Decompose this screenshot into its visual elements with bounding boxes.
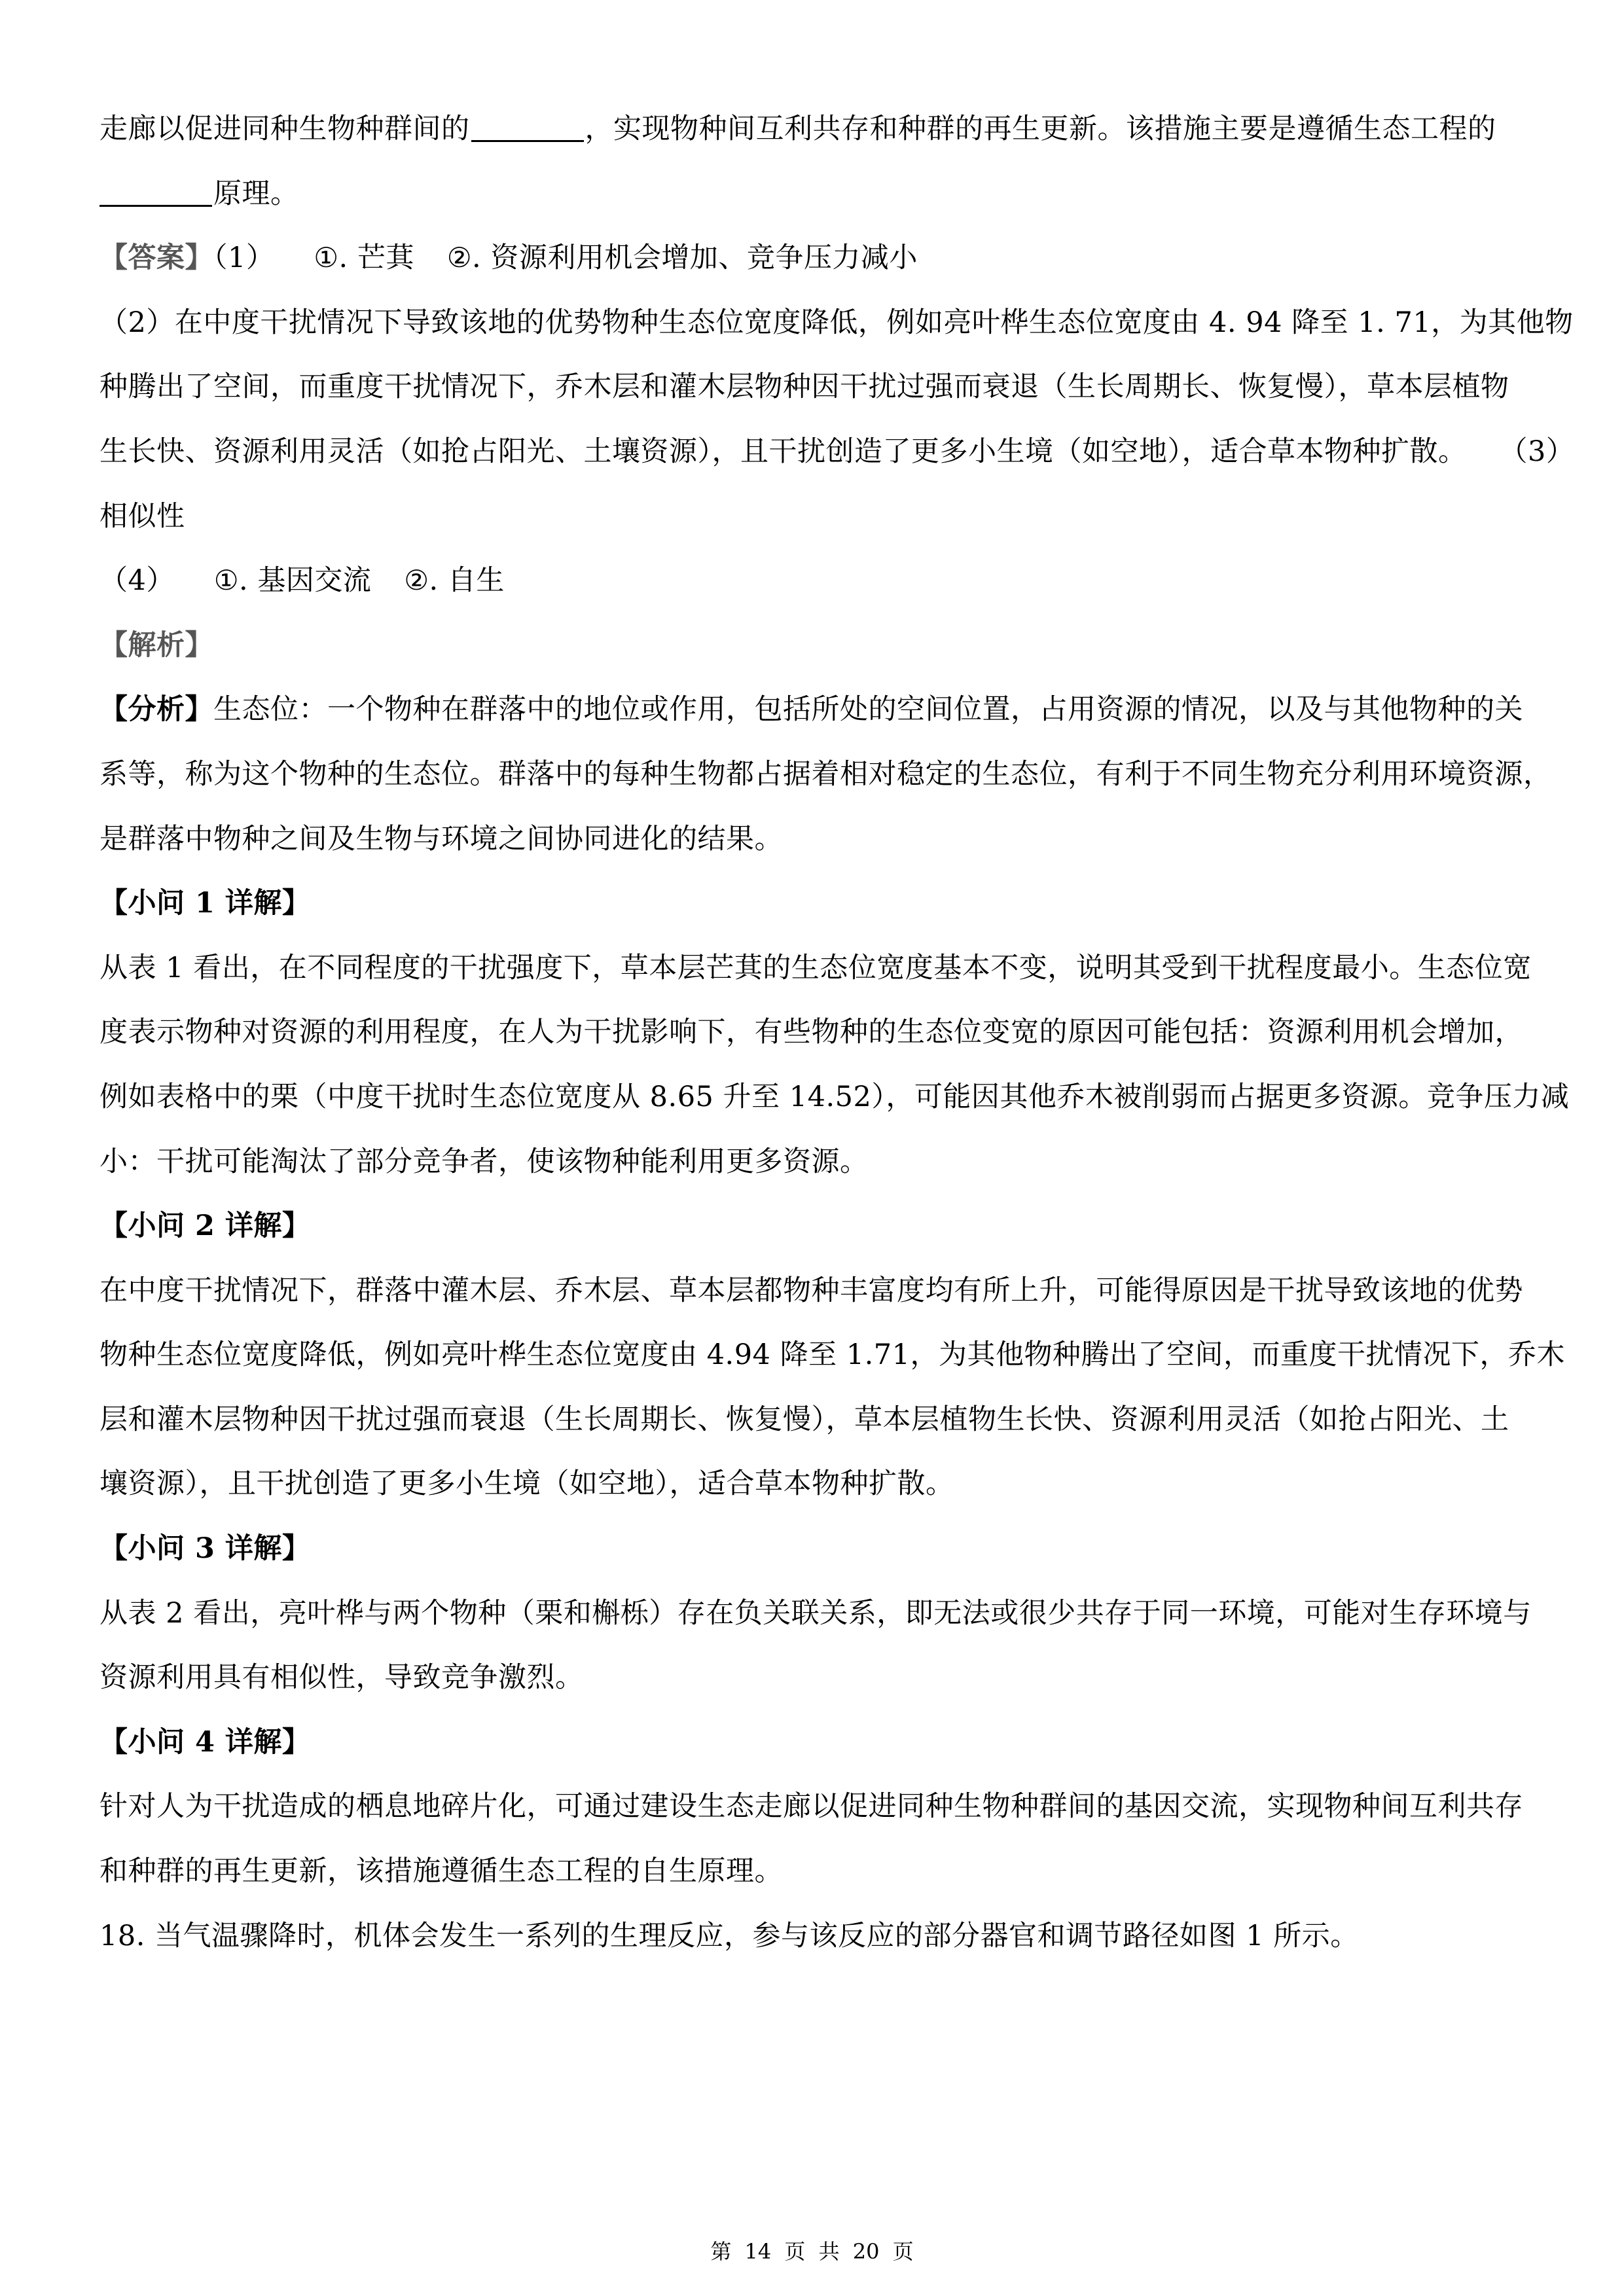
sub2-line: 物种生态位宽度降低，例如亮叶桦生态位宽度由 4.94 降至 1.71，为其他物种… bbox=[99, 1323, 1530, 1388]
sub3-text: 资源利用具有相似性，导致竞争激烈。 bbox=[99, 1661, 584, 1694]
sub4-line: 和种群的再生更新，该措施遵循生态工程的自生原理。 bbox=[99, 1839, 1530, 1904]
sub2-line: 壤资源），且干扰创造了更多小生境（如空地），适合草本物种扩散。 bbox=[99, 1452, 1530, 1516]
analysis-label: 【解析】 bbox=[99, 629, 213, 662]
analysis-heading: 【解析】 bbox=[99, 613, 1530, 678]
sub2-line: 层和灌木层物种因干扰过强而衰退（生长周期长、恢复慢），草本层植物生长快、资源利用… bbox=[99, 1388, 1530, 1452]
document-page: 走廊以促进同种生物种群间的，实现物种间互利共存和种群的再生更新。该措施主要是遵循… bbox=[0, 0, 1624, 2296]
answer-q4-line: （4）①. 基因交流②. 自生 bbox=[99, 548, 1530, 613]
sub3-label: 【小问 3 详解】 bbox=[99, 1532, 310, 1565]
fenxi-line-3: 是群落中物种之间及生物与环境之间协同进化的结果。 bbox=[99, 807, 1530, 872]
answer-q2-text: 生长快、资源利用灵活（如抢占阳光、土壤资源），且干扰创造了更多小生境（如空地），… bbox=[99, 435, 1467, 468]
q18-text: 18. 当气温骤降时，机体会发生一系列的生理反应，参与该反应的部分器官和调节路径… bbox=[99, 1920, 1359, 1952]
circled-two-icon: ② bbox=[404, 564, 429, 596]
answer-q4-item1: . 基因交流 bbox=[239, 564, 371, 597]
sub1-text: 例如表格中的栗（中度干扰时生态位宽度从 8.65 升至 14.52），可能因其他… bbox=[99, 1081, 1569, 1113]
sub3-line: 从表 2 看出，亮叶桦与两个物种（栗和槲栎）存在负关联关系，即无法或很少共存于同… bbox=[99, 1581, 1530, 1646]
fill-blank-1 bbox=[471, 139, 584, 142]
q17-tail-line-1: 走廊以促进同种生物种群间的，实现物种间互利共存和种群的再生更新。该措施主要是遵循… bbox=[99, 97, 1530, 162]
q17-text: 走廊以促进同种生物种群间的 bbox=[99, 113, 470, 145]
fenxi-text: 生态位：一个物种在群落中的地位或作用，包括所处的空间位置，占用资源的情况，以及与… bbox=[213, 693, 1523, 726]
sub3-heading: 【小问 3 详解】 bbox=[99, 1516, 1530, 1581]
sub4-text: 和种群的再生更新，该措施遵循生态工程的自生原理。 bbox=[99, 1855, 783, 1888]
sub2-text: 在中度干扰情况下，群落中灌木层、乔木层、草本层都物种丰富度均有所上升，可能得原因… bbox=[99, 1274, 1523, 1307]
sub3-text: 从表 2 看出，亮叶桦与两个物种（栗和槲栎）存在负关联关系，即无法或很少共存于同… bbox=[99, 1597, 1532, 1630]
q17-text: 原理。 bbox=[213, 177, 299, 210]
sub1-line: 从表 1 看出，在不同程度的干扰强度下，草本层芒萁的生态位宽度基本不变，说明其受… bbox=[99, 936, 1530, 1001]
answer-label: 【答案】 bbox=[99, 242, 213, 274]
q17-text: ，实现物种间互利共存和种群的再生更新。该措施主要是遵循生态工程的 bbox=[585, 113, 1496, 145]
circled-one-icon: ① bbox=[214, 564, 239, 596]
page-content: 走廊以促进同种生物种群间的，实现物种间互利共存和种群的再生更新。该措施主要是遵循… bbox=[99, 97, 1530, 1968]
sub4-line: 针对人为干扰造成的栖息地碎片化，可通过建设生态走廊以促进同种生物种群间的基因交流… bbox=[99, 1774, 1530, 1839]
sub2-heading: 【小问 2 详解】 bbox=[99, 1194, 1530, 1259]
page-footer: 第 14 页 共 20 页 bbox=[0, 2233, 1624, 2270]
answer-q2-text: 种腾出了空间，而重度干扰情况下，乔木层和灌木层物种因干扰过强而衰退（生长周期长、… bbox=[99, 370, 1509, 403]
sub2-text: 壤资源），且干扰创造了更多小生境（如空地），适合草本物种扩散。 bbox=[99, 1467, 954, 1500]
fenxi-text: 是群落中物种之间及生物与环境之间协同进化的结果。 bbox=[99, 823, 783, 855]
fill-blank-2 bbox=[99, 204, 212, 207]
circled-one-icon: ① bbox=[314, 242, 338, 274]
sub2-line: 在中度干扰情况下，群落中灌木层、乔木层、草本层都物种丰富度均有所上升，可能得原因… bbox=[99, 1259, 1530, 1323]
page-number: 第 14 页 共 20 页 bbox=[710, 2239, 913, 2264]
fenxi-text: 系等，称为这个物种的生态位。群落中的每种生物都占据着相对稳定的生态位，有利于不同… bbox=[99, 758, 1552, 791]
sub3-line: 资源利用具有相似性，导致竞争激烈。 bbox=[99, 1645, 1530, 1710]
sub4-label: 【小问 4 详解】 bbox=[99, 1726, 310, 1759]
answer-q3-text: 相似性 bbox=[99, 500, 185, 533]
answer-q1-line: 【答案】（1）①. 芒萁②. 资源利用机会增加、竞争压力减小 bbox=[99, 226, 1530, 291]
sub4-heading: 【小问 4 详解】 bbox=[99, 1710, 1530, 1775]
answer-q4-item2: . 自生 bbox=[429, 564, 505, 597]
fenxi-line-1: 【分析】生态位：一个物种在群落中的地位或作用，包括所处的空间位置，占用资源的情况… bbox=[99, 677, 1530, 742]
sub2-text: 层和灌木层物种因干扰过强而衰退（生长周期长、恢复慢），草本层植物生长快、资源利用… bbox=[99, 1403, 1509, 1436]
sub1-label: 【小问 1 详解】 bbox=[99, 887, 310, 920]
sub1-text: 度表示物种对资源的利用程度，在人为干扰影响下，有些物种的生态位变宽的原因可能包括… bbox=[99, 1016, 1523, 1049]
q17-tail-line-2: 原理。 bbox=[99, 162, 1530, 226]
answer-q2-line-2: 种腾出了空间，而重度干扰情况下，乔木层和灌木层物种因干扰过强而衰退（生长周期长、… bbox=[99, 355, 1530, 420]
sub2-label: 【小问 2 详解】 bbox=[99, 1210, 310, 1242]
answer-q1-item1: . 芒萁 bbox=[339, 242, 414, 274]
fenxi-label: 【分析】 bbox=[99, 693, 213, 726]
sub4-text: 针对人为干扰造成的栖息地碎片化，可通过建设生态走廊以促进同种生物种群间的基因交流… bbox=[99, 1790, 1523, 1823]
sub1-text: 从表 1 看出，在不同程度的干扰强度下，草本层芒萁的生态位宽度基本不变，说明其受… bbox=[99, 952, 1532, 984]
sub1-line: 小：干扰可能淘汰了部分竞争者，使该物种能利用更多资源。 bbox=[99, 1130, 1530, 1194]
question-18-stem: 18. 当气温骤降时，机体会发生一系列的生理反应，参与该反应的部分器官和调节路径… bbox=[99, 1904, 1530, 1969]
sub1-line: 例如表格中的栗（中度干扰时生态位宽度从 8.65 升至 14.52），可能因其他… bbox=[99, 1065, 1530, 1130]
answer-q2-text: （2）在中度干扰情况下导致该地的优势物种生态位宽度降低，例如亮叶桦生态位宽度由 … bbox=[99, 306, 1574, 339]
answer-q1-item2: . 资源利用机会增加、竞争压力减小 bbox=[472, 242, 918, 274]
answer-q3-prefix: （3） bbox=[1500, 435, 1575, 468]
answer-q1-prefix: （1） bbox=[213, 242, 274, 274]
answer-q2-line-3: 生长快、资源利用灵活（如抢占阳光、土壤资源），且干扰创造了更多小生境（如空地），… bbox=[99, 420, 1530, 484]
fenxi-line-2: 系等，称为这个物种的生态位。群落中的每种生物都占据着相对稳定的生态位，有利于不同… bbox=[99, 742, 1530, 807]
sub2-text: 物种生态位宽度降低，例如亮叶桦生态位宽度由 4.94 降至 1.71，为其他物种… bbox=[99, 1338, 1565, 1371]
sub1-line: 度表示物种对资源的利用程度，在人为干扰影响下，有些物种的生态位变宽的原因可能包括… bbox=[99, 1000, 1530, 1065]
circled-two-icon: ② bbox=[447, 242, 472, 274]
sub1-text: 小：干扰可能淘汰了部分竞争者，使该物种能利用更多资源。 bbox=[99, 1145, 869, 1178]
answer-q4-prefix: （4） bbox=[99, 564, 175, 597]
answer-q3-line: 相似性 bbox=[99, 484, 1530, 549]
answer-q2-line-1: （2）在中度干扰情况下导致该地的优势物种生态位宽度降低，例如亮叶桦生态位宽度由 … bbox=[99, 291, 1530, 355]
sub1-heading: 【小问 1 详解】 bbox=[99, 871, 1530, 936]
